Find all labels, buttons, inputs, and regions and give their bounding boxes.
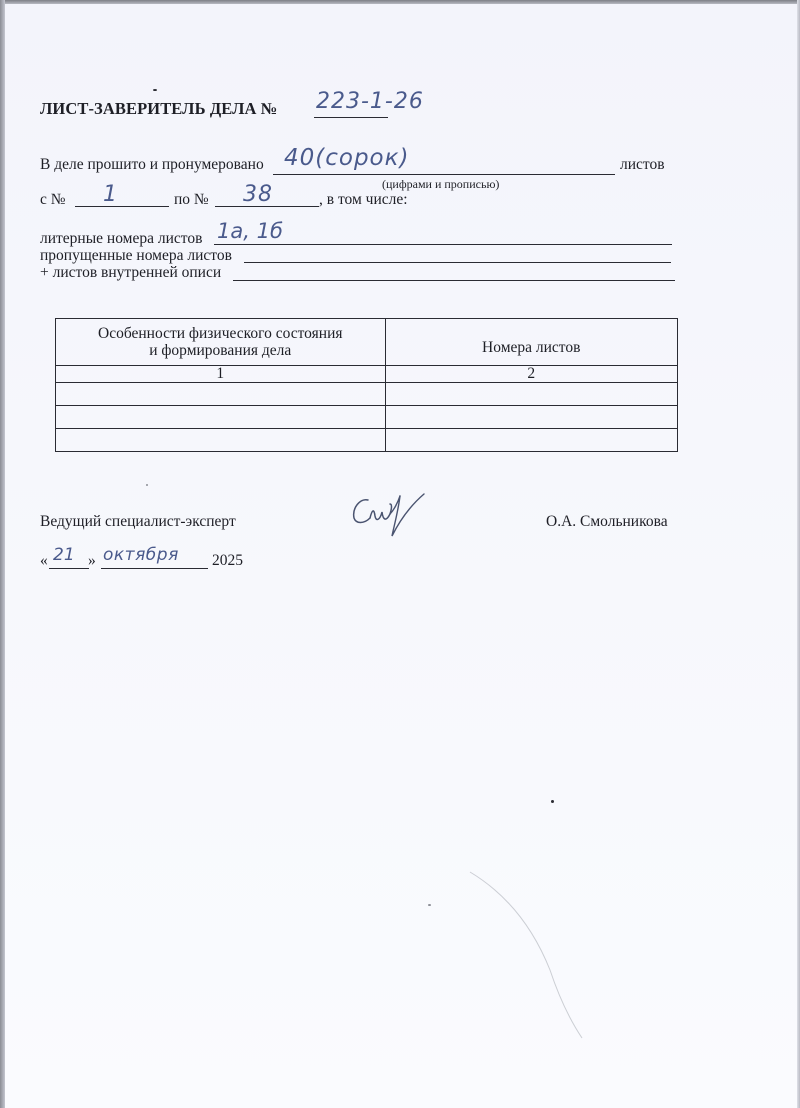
from-value[interactable]: 1 bbox=[103, 182, 118, 207]
signature bbox=[348, 490, 428, 540]
sheets-word: листов bbox=[620, 156, 665, 174]
scan-speck bbox=[428, 904, 431, 906]
table-row bbox=[56, 406, 678, 429]
missing-numbers-underline bbox=[244, 262, 671, 263]
scan-speck bbox=[146, 484, 148, 486]
header-col1-line1: Особенности физического состояния bbox=[98, 325, 343, 342]
table-cell[interactable] bbox=[385, 406, 678, 429]
from-underline bbox=[75, 206, 169, 207]
signer-name: О.А. Смольникова bbox=[546, 513, 668, 531]
to-underline bbox=[215, 206, 319, 207]
scan-speck bbox=[153, 89, 157, 91]
table-cell[interactable] bbox=[385, 383, 678, 406]
inner-inventory-label: + листов внутренней описи bbox=[40, 264, 221, 282]
from-label: с № bbox=[40, 191, 66, 209]
table-column-numbers-row: 1 2 bbox=[56, 366, 678, 383]
count-hint: (цифрами и прописью) bbox=[382, 177, 499, 192]
position-title: Ведущий специалист-эксперт bbox=[40, 513, 236, 531]
title-prefix: ЛИСТ-ЗАВЕРИТЕЛЬ ДЕЛА № bbox=[40, 99, 277, 118]
date-day-underline bbox=[49, 568, 89, 569]
header-col1-line2: и формирования дела bbox=[149, 342, 291, 359]
missing-numbers-label: пропущенные номера листов bbox=[40, 247, 232, 265]
scan-edge-top bbox=[0, 0, 800, 4]
physical-state-table: Особенности физического состояния и форм… bbox=[55, 318, 678, 452]
letter-numbers-label: литерные номера листов bbox=[40, 230, 202, 248]
table-cell[interactable] bbox=[56, 406, 386, 429]
date-month-underline bbox=[101, 568, 208, 569]
inner-inventory-underline bbox=[233, 280, 675, 281]
to-value[interactable]: 38 bbox=[243, 182, 273, 207]
date-open-quote: « bbox=[40, 552, 48, 570]
sheet-count-value[interactable]: 40(сорок) bbox=[284, 145, 410, 171]
table-cell[interactable] bbox=[56, 383, 386, 406]
case-number[interactable]: 223-1-26 bbox=[316, 89, 424, 114]
document-title: ЛИСТ-ЗАВЕРИТЕЛЬ ДЕЛА № bbox=[40, 99, 277, 119]
including-label: , в том числе: bbox=[319, 191, 408, 209]
table-cell[interactable] bbox=[56, 429, 386, 452]
letter-numbers-value[interactable]: 1а, 1б bbox=[217, 219, 283, 243]
table-row bbox=[56, 383, 678, 406]
case-number-underline bbox=[314, 117, 388, 118]
table-row bbox=[56, 429, 678, 452]
table-cell[interactable] bbox=[385, 429, 678, 452]
date-close-quote: » bbox=[88, 552, 96, 570]
date-year: 2025 bbox=[212, 552, 243, 570]
date-month[interactable]: октября bbox=[103, 545, 179, 565]
letter-numbers-underline bbox=[214, 244, 672, 245]
table-header-row: Особенности физического состояния и форм… bbox=[56, 319, 678, 366]
sheet-count-underline bbox=[273, 174, 615, 175]
header-sheet-numbers: Номера листов bbox=[385, 319, 678, 366]
scan-edge-left bbox=[0, 0, 5, 1108]
header-physical-state: Особенности физического состояния и форм… bbox=[56, 319, 386, 366]
column-number-2: 2 bbox=[385, 366, 678, 383]
stitched-label: В деле прошито и пронумеровано bbox=[40, 156, 264, 174]
header-col2: Номера листов bbox=[482, 339, 580, 356]
to-label: по № bbox=[174, 191, 209, 209]
date-day[interactable]: 21 bbox=[53, 545, 75, 565]
paper-crease bbox=[460, 860, 600, 1040]
handwritten-signature-icon bbox=[348, 490, 428, 540]
column-number-1: 1 bbox=[56, 366, 386, 383]
scan-speck bbox=[551, 800, 554, 803]
